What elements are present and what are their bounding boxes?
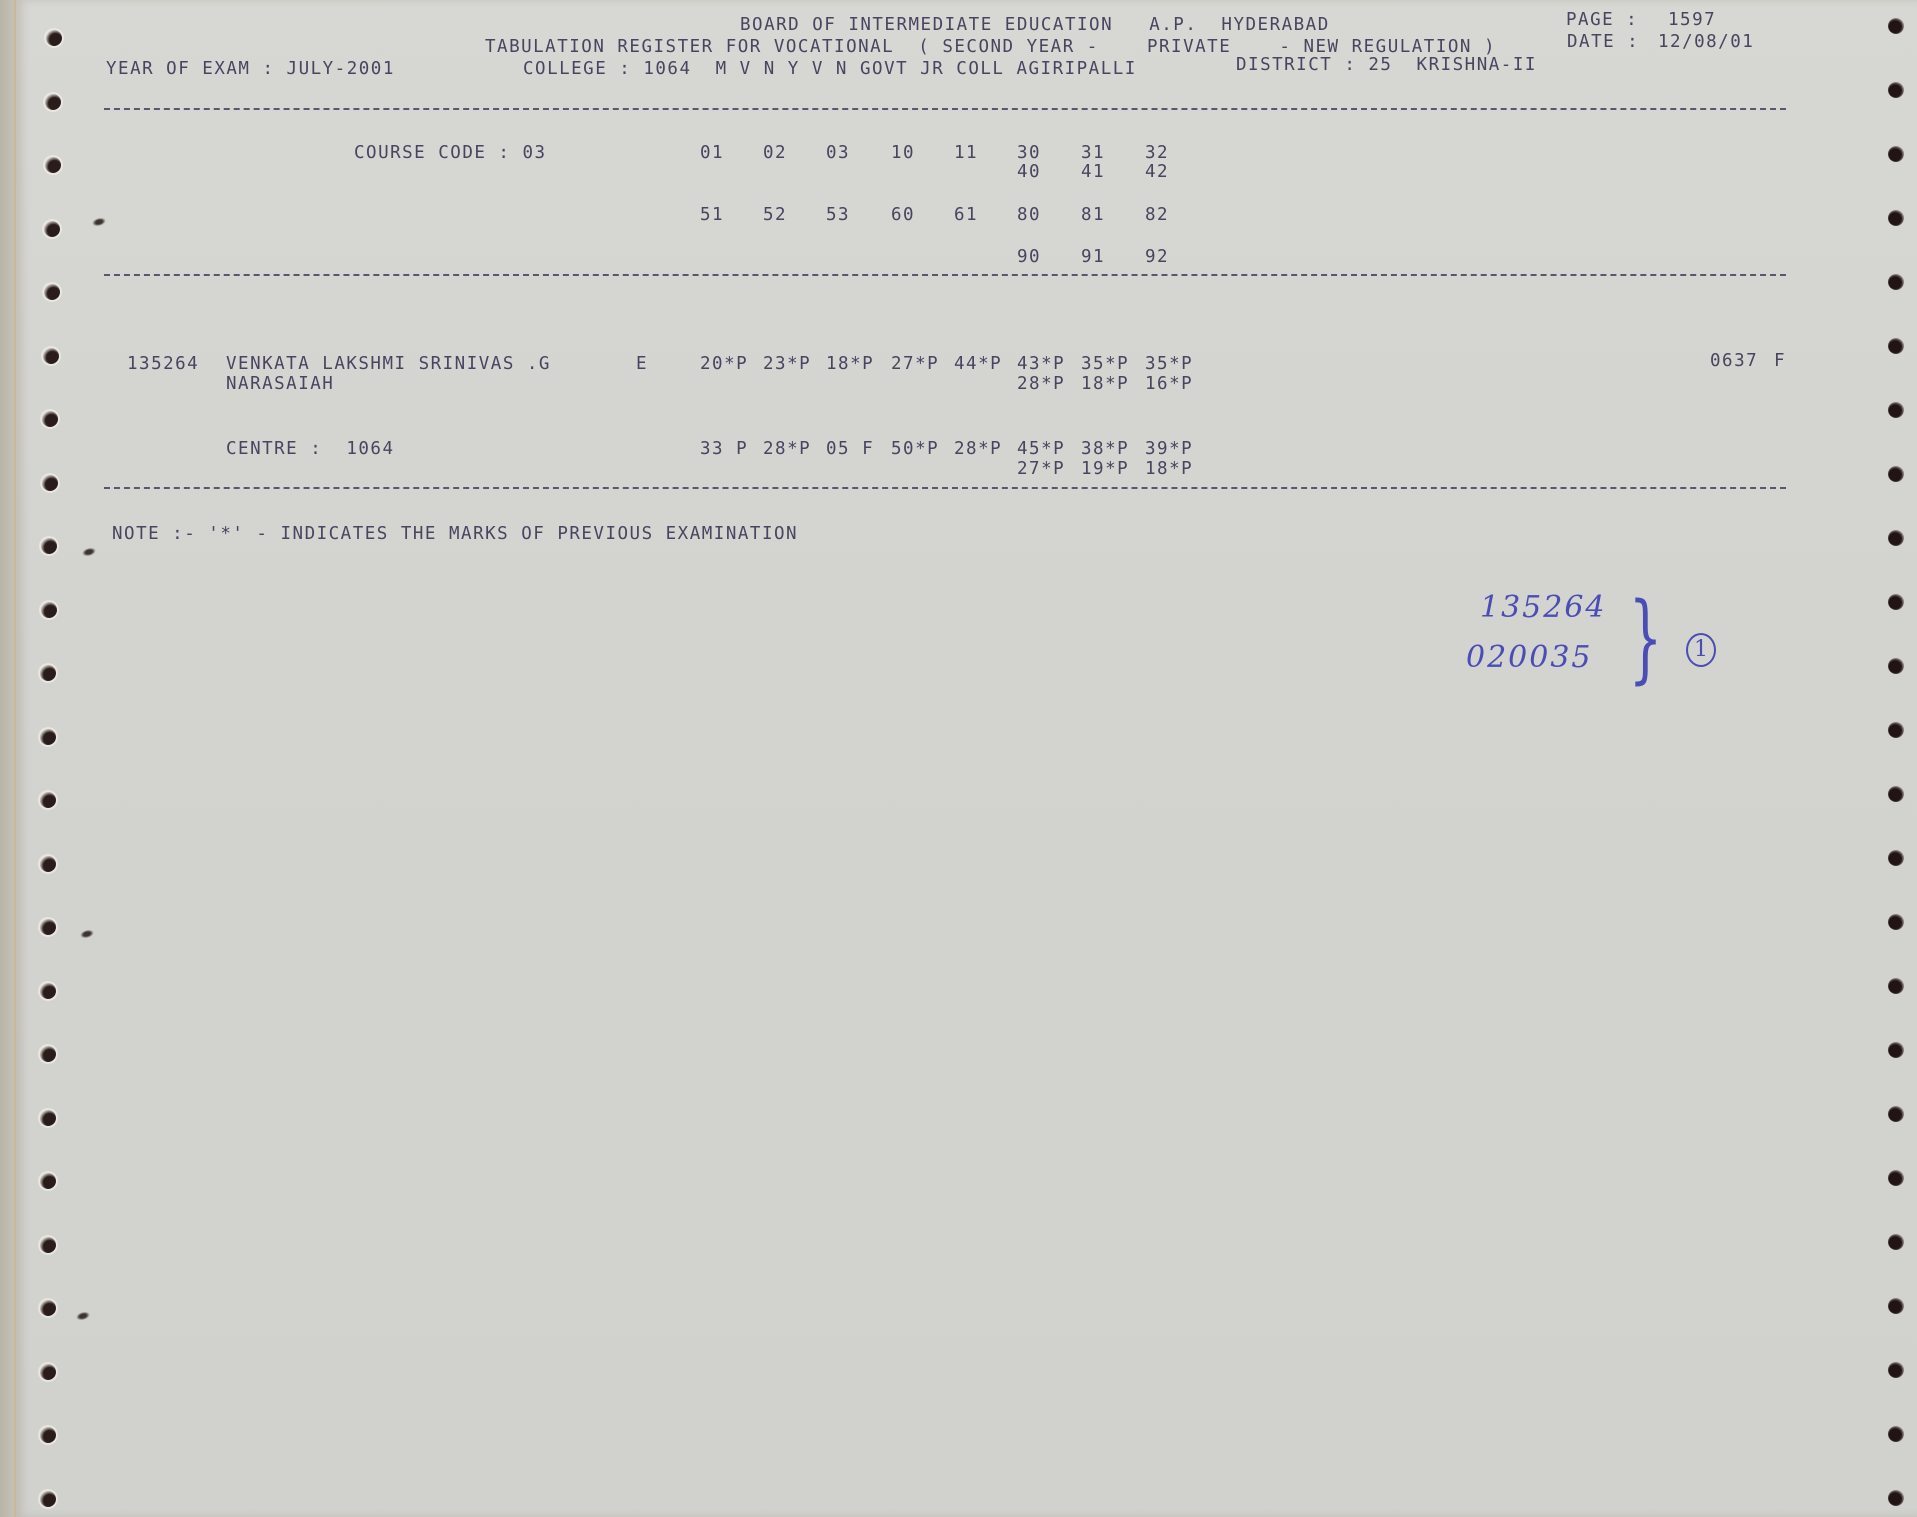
tear-mark <box>79 928 95 939</box>
subject-mark: 35*P <box>1145 354 1193 374</box>
tractor-hole <box>1888 466 1904 482</box>
subject-code: 01 <box>700 143 724 163</box>
tear-mark <box>75 1310 91 1321</box>
print-date: 12/08/01 <box>1658 32 1754 52</box>
student-name: VENKATA LAKSHMI SRINIVAS .G <box>226 354 551 374</box>
result-status: F <box>1774 351 1786 371</box>
tractor-hole <box>40 1173 56 1189</box>
tractor-hole <box>1888 1170 1904 1186</box>
subject-mark: 45*P <box>1017 439 1065 459</box>
college-info: COLLEGE : 1064 M V N Y V N GOVT JR COLL … <box>523 59 1137 79</box>
footnote: NOTE :- '*' - INDICATES THE MARKS OF PRE… <box>112 524 798 544</box>
tractor-hole <box>40 919 56 935</box>
subject-code: 82 <box>1145 205 1169 225</box>
tractor-hole <box>46 30 62 46</box>
tractor-hole <box>40 983 56 999</box>
handwritten-number: 020035 <box>1466 640 1593 675</box>
tractor-hole <box>44 221 60 237</box>
separator-mid <box>104 274 1786 276</box>
subject-mark: 39*P <box>1145 439 1193 459</box>
subject-code: 61 <box>954 205 978 225</box>
subject-code: 42 <box>1145 162 1169 182</box>
subject-code: 03 <box>826 143 850 163</box>
subject-code: 32 <box>1145 143 1169 163</box>
subject-code: 92 <box>1145 247 1169 267</box>
subject-code: 91 <box>1081 247 1105 267</box>
separator-bottom <box>104 487 1786 489</box>
subject-code: 51 <box>700 205 724 225</box>
separator-top <box>104 108 1786 110</box>
subject-mark: 19*P <box>1081 459 1129 479</box>
subject-code: 30 <box>1017 143 1041 163</box>
tractor-hole <box>1888 402 1904 418</box>
subject-mark: 23*P <box>763 354 811 374</box>
tractor-hole <box>40 729 56 745</box>
date-label: DATE : <box>1567 32 1639 52</box>
tractor-hole <box>1888 722 1904 738</box>
tractor-hole <box>1888 338 1904 354</box>
subject-code: 11 <box>954 143 978 163</box>
tractor-hole <box>1888 530 1904 546</box>
total-marks: 0637 <box>1710 351 1758 371</box>
subject-mark: 20*P <box>700 354 748 374</box>
subject-code: 80 <box>1017 205 1041 225</box>
tractor-hole <box>45 157 61 173</box>
tractor-hole <box>1888 274 1904 290</box>
subject-code: 40 <box>1017 162 1041 182</box>
tractor-hole <box>41 538 57 554</box>
tractor-hole <box>1888 82 1904 98</box>
tractor-hole <box>40 1491 56 1507</box>
page-number: 1597 <box>1668 10 1716 30</box>
tractor-hole <box>1888 658 1904 674</box>
board-title: BOARD OF INTERMEDIATE EDUCATION A.P. HYD… <box>740 15 1330 35</box>
tractor-hole <box>1888 210 1904 226</box>
tractor-hole <box>1888 1362 1904 1378</box>
subject-mark: 18*P <box>1081 374 1129 394</box>
tractor-hole <box>45 94 61 110</box>
register-title: TABULATION REGISTER FOR VOCATIONAL ( SEC… <box>485 37 1496 57</box>
tractor-hole <box>40 1427 56 1443</box>
tractor-hole <box>1888 18 1904 34</box>
subject-mark: 50*P <box>891 439 939 459</box>
subject-mark: 16*P <box>1145 374 1193 394</box>
subject-mark: 18*P <box>1145 459 1193 479</box>
tractor-hole <box>40 1110 56 1126</box>
page-label: PAGE : <box>1566 10 1638 30</box>
tractor-hole <box>44 284 60 300</box>
tear-mark <box>91 216 107 227</box>
tractor-hole <box>1888 1426 1904 1442</box>
tractor-hole <box>1888 594 1904 610</box>
tractor-hole <box>1888 1042 1904 1058</box>
tractor-hole <box>42 411 58 427</box>
subject-mark: 33 P <box>700 439 748 459</box>
handwritten-brace: } <box>1629 590 1663 686</box>
tractor-hole <box>1888 786 1904 802</box>
tractor-hole <box>1888 1234 1904 1250</box>
centre-code: CENTRE : 1064 <box>226 439 395 459</box>
year-of-exam: YEAR OF EXAM : JULY-2001 <box>106 59 395 79</box>
tractor-hole <box>43 348 59 364</box>
subject-mark: 27*P <box>1017 459 1065 479</box>
tear-mark <box>81 546 97 557</box>
tractor-hole <box>40 792 56 808</box>
subject-mark: 18*P <box>826 354 874 374</box>
subject-mark: 05 F <box>826 439 874 459</box>
printout-page <box>14 0 1917 1517</box>
subject-code: 90 <box>1017 247 1041 267</box>
tractor-hole <box>42 475 58 491</box>
subject-code: 60 <box>891 205 915 225</box>
medium: E <box>636 354 648 374</box>
subject-code: 52 <box>763 205 787 225</box>
subject-code: 02 <box>763 143 787 163</box>
subject-mark: 28*P <box>1017 374 1065 394</box>
subject-code: 31 <box>1081 143 1105 163</box>
subject-mark: 28*P <box>763 439 811 459</box>
tractor-hole <box>1888 1490 1904 1506</box>
tractor-hole <box>40 856 56 872</box>
subject-mark: 44*P <box>954 354 1002 374</box>
subject-code: 81 <box>1081 205 1105 225</box>
subject-mark: 43*P <box>1017 354 1065 374</box>
tractor-hole <box>1888 1298 1904 1314</box>
subject-mark: 28*P <box>954 439 1002 459</box>
tractor-hole <box>1888 1106 1904 1122</box>
subject-mark: 35*P <box>1081 354 1129 374</box>
tractor-hole <box>1888 850 1904 866</box>
tractor-hole <box>40 1364 56 1380</box>
father-name: NARASAIAH <box>226 374 334 394</box>
handwritten-hall-ticket: 135264 <box>1480 590 1607 625</box>
hall-ticket-number: 135264 <box>127 354 199 374</box>
district-info: DISTRICT : 25 KRISHNA-II <box>1236 55 1537 75</box>
subject-mark: 38*P <box>1081 439 1129 459</box>
tractor-hole <box>40 665 56 681</box>
subject-code: 41 <box>1081 162 1105 182</box>
tractor-hole <box>40 1300 56 1316</box>
subject-code: 53 <box>826 205 850 225</box>
tractor-hole <box>41 602 57 618</box>
handwritten-circled-number: 1 <box>1686 633 1716 667</box>
subject-code: 10 <box>891 143 915 163</box>
tractor-hole <box>1888 914 1904 930</box>
tractor-hole <box>40 1046 56 1062</box>
tractor-hole <box>1888 978 1904 994</box>
tractor-hole <box>40 1237 56 1253</box>
subject-mark: 27*P <box>891 354 939 374</box>
tractor-hole <box>1888 146 1904 162</box>
course-code-label: COURSE CODE : 03 <box>354 143 547 163</box>
